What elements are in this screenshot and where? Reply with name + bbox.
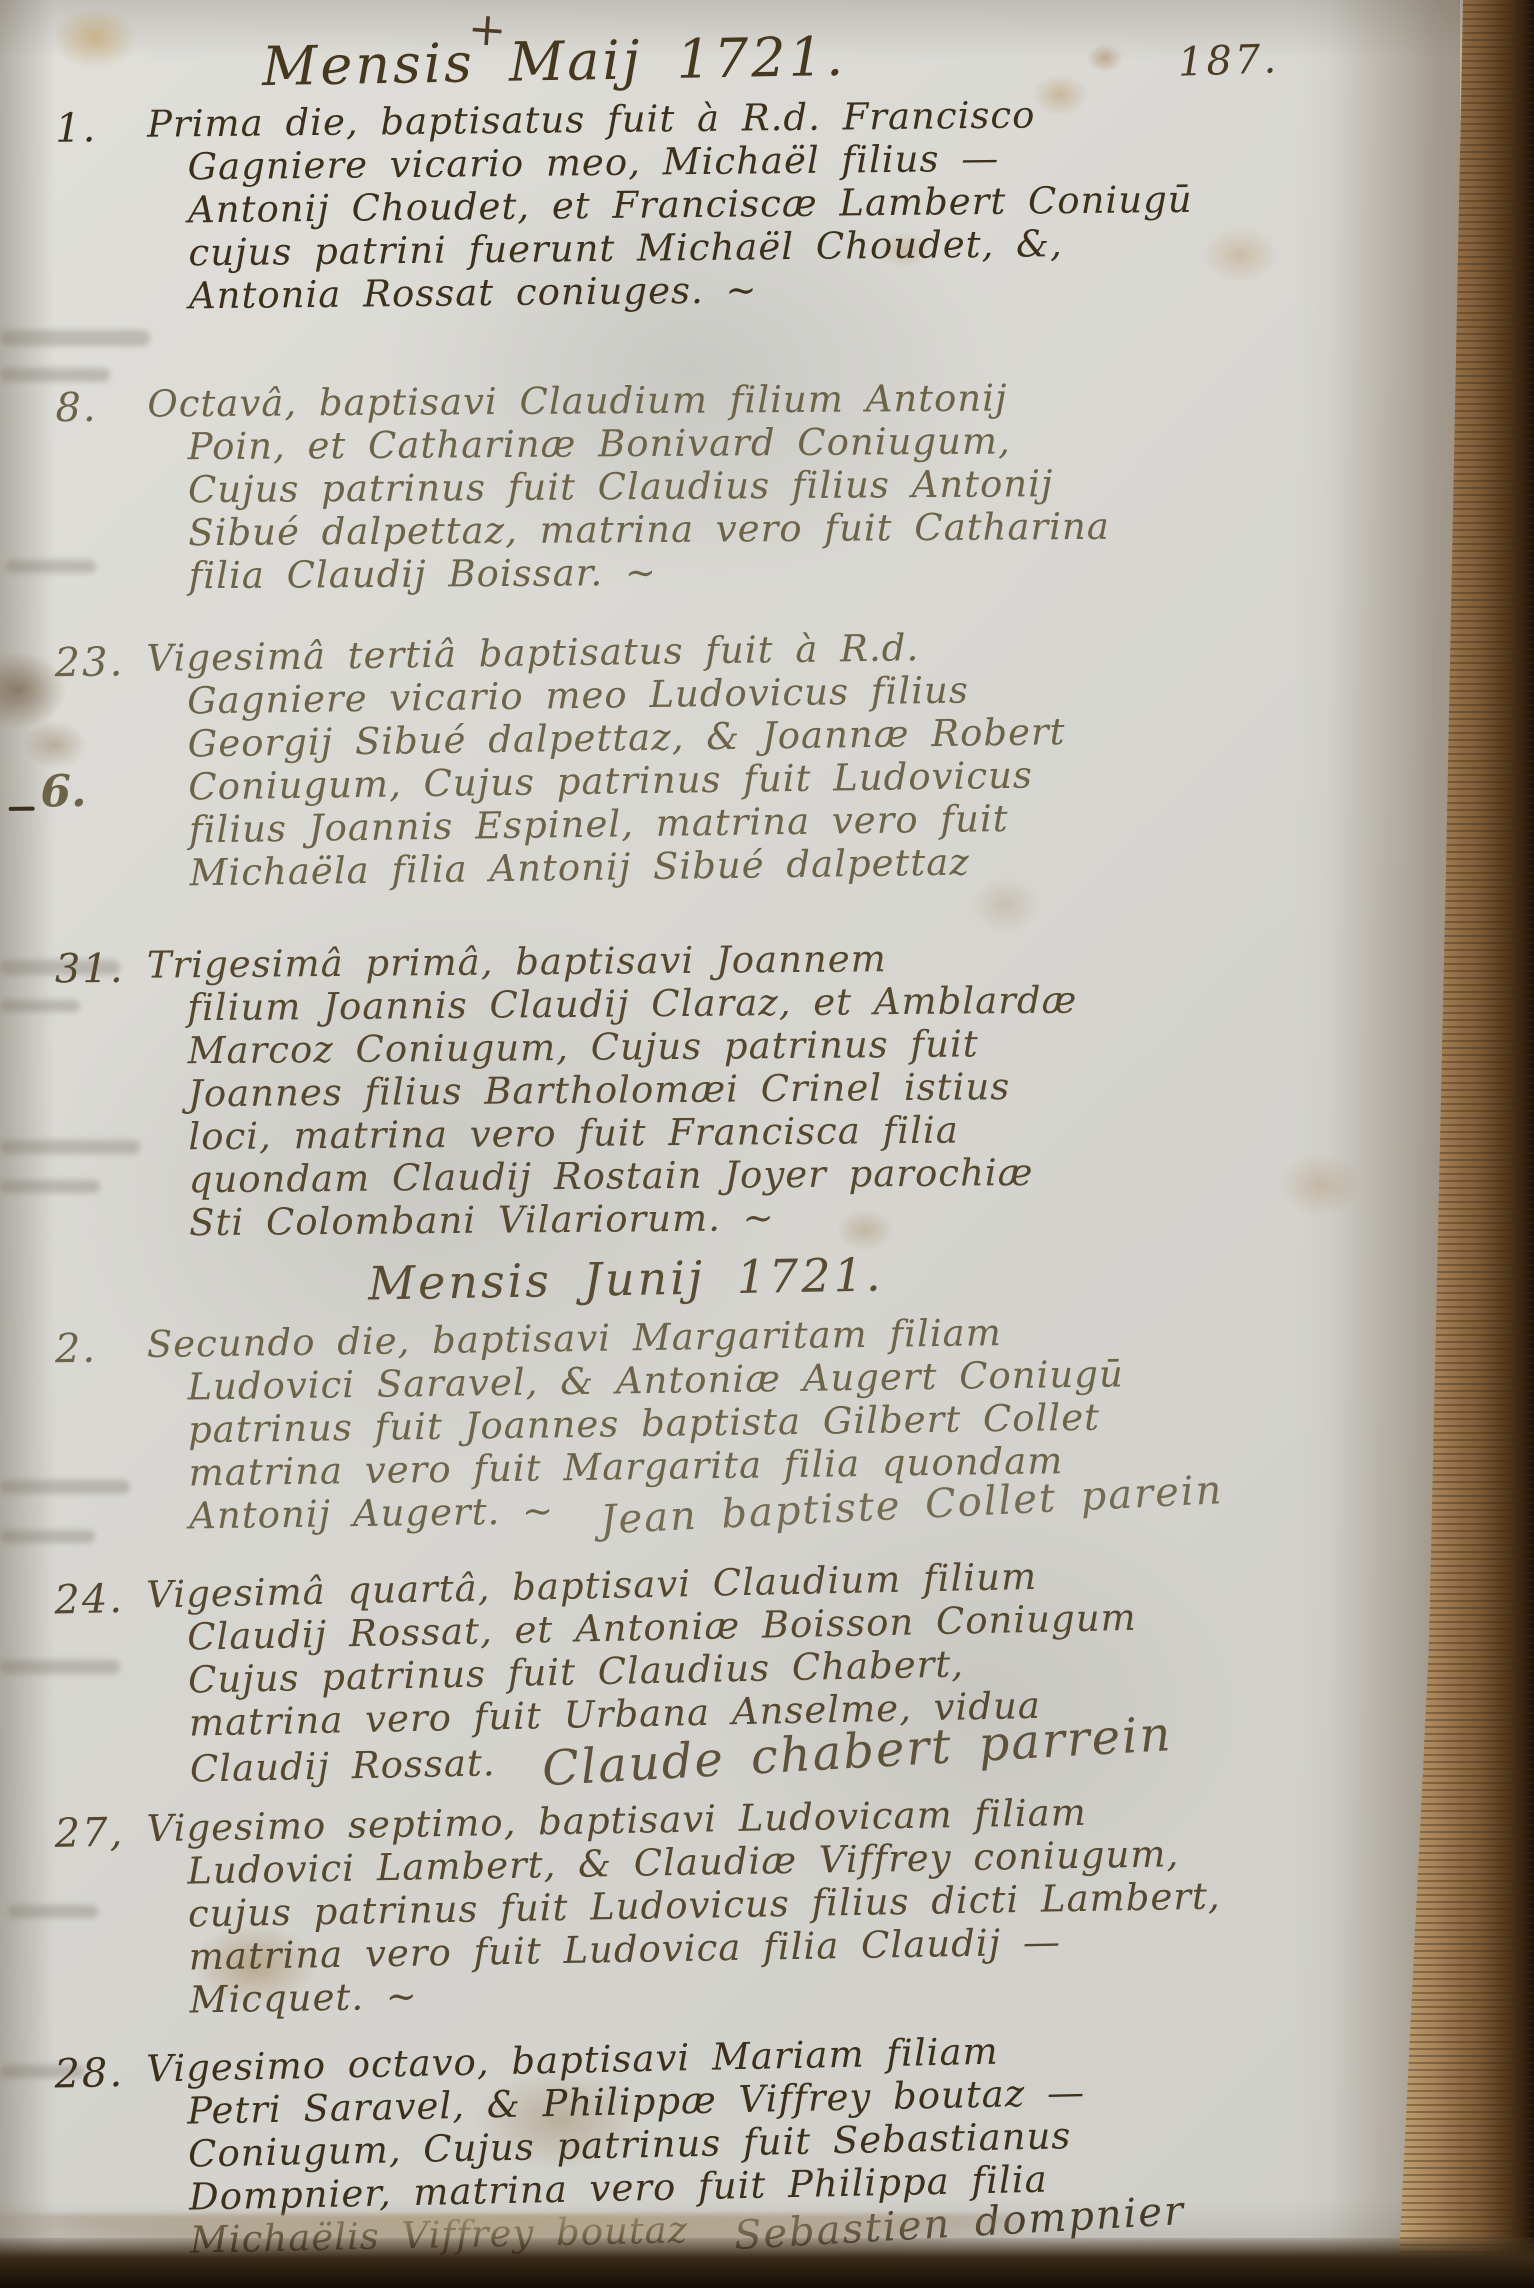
manuscript-paper: + 187. Mensis Maij 1721.1.Prima die, bap… bbox=[0, 0, 1534, 2288]
baptism-entry: 27,Vigesimo septimo, baptisavi Ludovicam… bbox=[146, 1785, 1440, 2022]
entry-text: Prima die, baptisatus fuit à R.d. Franci… bbox=[147, 89, 1439, 317]
entry-text: Vigesimo septimo, baptisavi Ludovicam fi… bbox=[146, 1785, 1440, 2022]
entry-day-number: 8. bbox=[55, 385, 97, 431]
section-title: Mensis Maij 1721. bbox=[261, 25, 846, 98]
entry-line: filia Claudij Boissar. ~ bbox=[148, 545, 1438, 597]
bleedthrough-mark bbox=[0, 1660, 120, 1674]
entry-day-number: 28. bbox=[54, 2050, 125, 2097]
baptism-entry: 2.Secundo die, baptisavi Margaritam fili… bbox=[147, 1305, 1440, 1538]
entry-day-number: 31. bbox=[55, 946, 125, 993]
baptism-entry: 23.6.Vigesimâ tertiâ baptisatus fuit à R… bbox=[146, 619, 1439, 895]
bleedthrough-mark bbox=[8, 1905, 98, 1918]
entry-margin-number: 6. bbox=[40, 766, 87, 818]
entry-text: Vigesimâ tertiâ baptisatus fuit à R.d.Ga… bbox=[146, 619, 1439, 895]
entry-day-number: 24. bbox=[54, 1576, 125, 1623]
entry-text: Vigesimâ quartâ, baptisavi Claudium fili… bbox=[146, 1547, 1440, 1792]
entry-text: Octavâ, baptisavi Claudium filium Antoni… bbox=[147, 373, 1438, 597]
entry-day-number: 23. bbox=[54, 639, 124, 686]
bleedthrough-mark bbox=[0, 330, 150, 346]
section-title: Mensis Junij 1721. bbox=[368, 1248, 884, 1311]
folio-page-number: 187. bbox=[1177, 36, 1280, 85]
baptism-entry: 1.Prima die, baptisatus fuit à R.d. Fran… bbox=[147, 89, 1439, 317]
entry-day-number: 1. bbox=[55, 105, 98, 151]
bleedthrough-mark bbox=[0, 1180, 100, 1193]
bleedthrough-mark bbox=[0, 1480, 130, 1494]
entry-day-number: 27, bbox=[54, 1810, 124, 1857]
baptism-entry: 31.Trigesimâ primâ, baptisavi Joannemfil… bbox=[147, 932, 1440, 1244]
bleedthrough-mark bbox=[6, 560, 96, 573]
bleedthrough-mark bbox=[0, 1000, 80, 1012]
entry-text: Trigesimâ primâ, baptisavi Joannemfilium… bbox=[147, 932, 1440, 1244]
baptism-entry: 8.Octavâ, baptisavi Claudium filium Anto… bbox=[147, 373, 1438, 597]
page-bottom-shadow bbox=[0, 2238, 1534, 2288]
entry-text: Secundo die, baptisavi Margaritam filiam… bbox=[147, 1305, 1440, 1538]
bleedthrough-mark bbox=[0, 368, 110, 382]
scanned-parish-register-page: + 187. Mensis Maij 1721.1.Prima die, bap… bbox=[0, 0, 1534, 2288]
bleedthrough-mark bbox=[0, 1530, 95, 1543]
baptism-entry: 24.Vigesimâ quartâ, baptisavi Claudium f… bbox=[146, 1547, 1440, 1792]
entry-day-number: 2. bbox=[55, 1326, 98, 1373]
bleedthrough-mark bbox=[0, 1140, 140, 1154]
ink-dash-mark bbox=[9, 807, 35, 811]
